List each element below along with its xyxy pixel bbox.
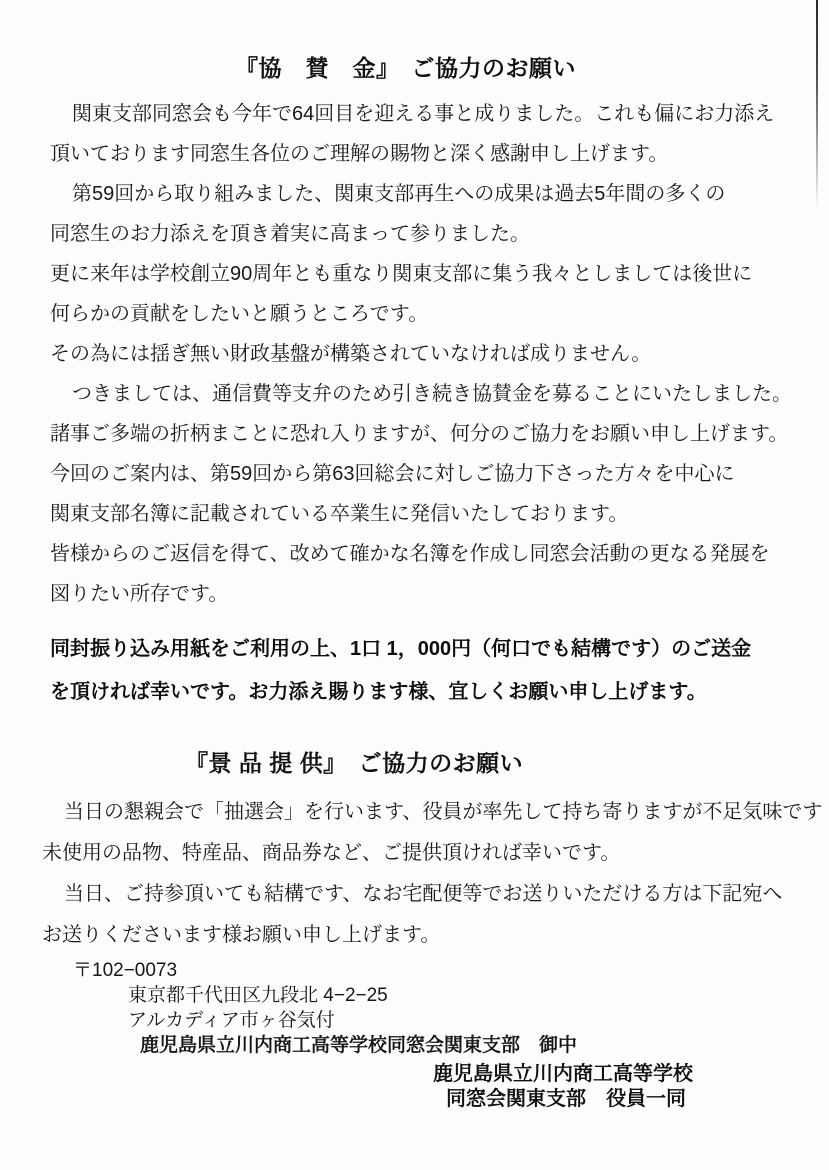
body-line: 頂いております同窓生各位のご理解の賜物と深く感謝申し上げます。 bbox=[50, 134, 809, 174]
body-line: 何らかの貢献をしたいと願うところです。 bbox=[50, 294, 809, 334]
body-line: 関東支部名簿に記載されている卒業生に発信いたしております。 bbox=[50, 494, 809, 534]
body-line-bold: 同封振り込み用紙をご利用の上、1口 1，000円（何口でも結構です）のご送金 bbox=[50, 628, 809, 671]
body-line-bold: を頂ければ幸いです。お力添え賜ります様、宜しくお願い申し上げます。 bbox=[50, 671, 809, 714]
kyosankin-body: 関東支部同窓会も今年で64回目を迎える事と成りました。これも偏にお力添え 頂いて… bbox=[50, 94, 809, 614]
postal-code: 〒102−0073 bbox=[73, 958, 577, 983]
address-recipient: 鹿児島県立川内商工高等学校同窓会関東支部 御中 bbox=[140, 1033, 577, 1058]
body-line: 第59回から取り組みました、関東支部再生への成果は過去5年間の多くの bbox=[50, 174, 809, 214]
mailing-address-block: 〒102−0073 東京都千代田区九段北 4−2−25 アルカディア市ヶ谷気付 … bbox=[73, 958, 577, 1058]
body-line: 未使用の品物、特産品、商品券など、ご提供頂ければ幸いです。 bbox=[42, 833, 809, 874]
signature-block: 鹿児島県立川内商工高等学校 同窓会関東支部 役員一同 bbox=[433, 1062, 693, 1112]
kyosankin-body-emphasis: 同封振り込み用紙をご利用の上、1口 1，000円（何口でも結構です）のご送金 を… bbox=[50, 628, 809, 714]
body-line: 当日の懇親会で「抽選会」を行います、役員が率先して持ち寄りますが不足気味です bbox=[42, 792, 809, 833]
body-line: つきましては、通信費等支弁のため引き続き協賛金を募ることにいたしました。 bbox=[50, 374, 809, 414]
scan-artifact-line bbox=[816, 0, 818, 210]
signature-line: 鹿児島県立川内商工高等学校 bbox=[433, 1062, 693, 1087]
scanned-letter-page: 『協 賛 金』 ご協力のお願い 関東支部同窓会も今年で64回目を迎える事と成りま… bbox=[0, 0, 829, 1170]
address-line: アルカディア市ヶ谷気付 bbox=[128, 1008, 577, 1033]
body-line: 図りたい所存です。 bbox=[50, 574, 809, 614]
section-title-kyosankin: 『協 賛 金』 ご協力のお願い bbox=[235, 50, 576, 83]
section-title-keihin: 『景 品 提 供』 ご協力のお願い bbox=[185, 745, 523, 778]
body-line: 諸事ご多端の折柄まことに恐れ入りますが、何分のご協力をお願い申し上げます。 bbox=[50, 414, 809, 454]
body-line: 関東支部同窓会も今年で64回目を迎える事と成りました。これも偏にお力添え bbox=[50, 94, 809, 134]
keihin-body: 当日の懇親会で「抽選会」を行います、役員が率先して持ち寄りますが不足気味です 未… bbox=[42, 792, 809, 956]
address-line: 東京都千代田区九段北 4−2−25 bbox=[128, 983, 577, 1008]
body-line: 当日、ご持参頂いても結構です、なお宅配便等でお送りいただける方は下記宛へ bbox=[42, 874, 809, 915]
signature-line: 同窓会関東支部 役員一同 bbox=[446, 1087, 693, 1112]
body-line: 皆様からのご返信を得て、改めて確かな名簿を作成し同窓会活動の更なる発展を bbox=[50, 534, 809, 574]
body-line: その為には揺ぎ無い財政基盤が構築されていなければ成りません。 bbox=[50, 334, 809, 374]
body-line: 更に来年は学校創立90周年とも重なり関東支部に集う我々としましては後世に bbox=[50, 254, 809, 294]
body-line: お送りくださいます様お願い申し上げます。 bbox=[42, 915, 809, 956]
body-line: 同窓生のお力添えを頂き着実に高まって参りました。 bbox=[50, 214, 809, 254]
body-line: 今回のご案内は、第59回から第63回総会に対しご協力下さった方々を中心に bbox=[50, 454, 809, 494]
